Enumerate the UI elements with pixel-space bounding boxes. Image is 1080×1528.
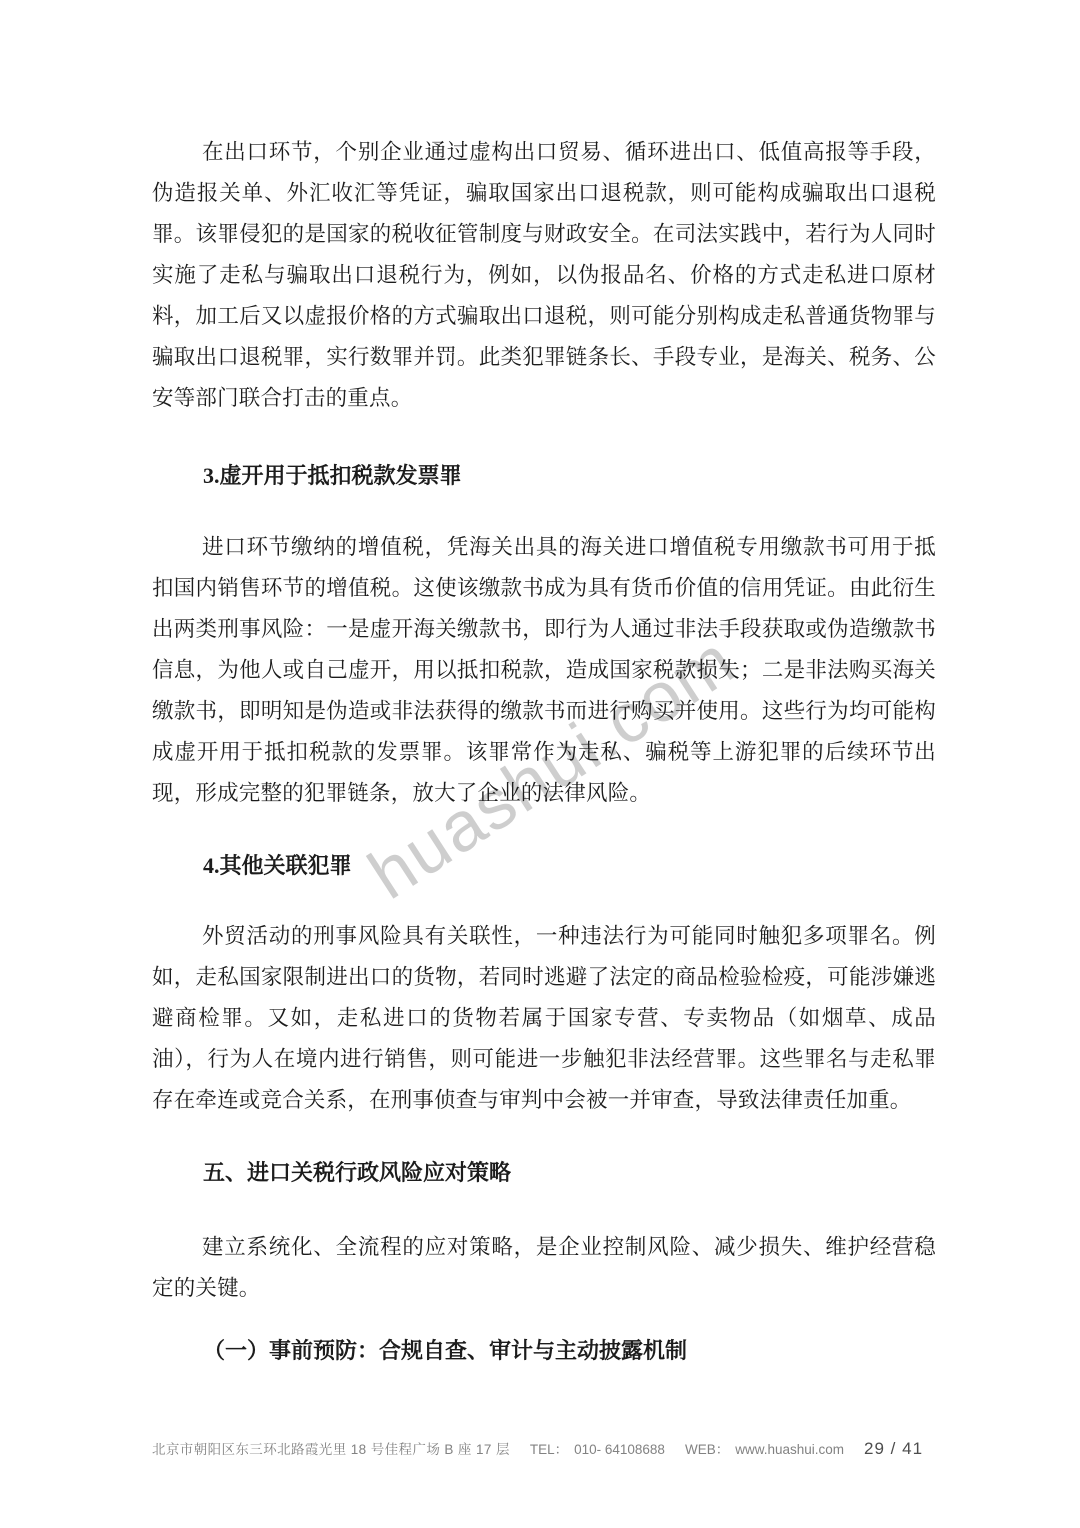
footer-tel-label: TEL： [530,1438,568,1458]
paragraph-strategy-intro: 建立系统化、全流程的应对策略，是企业控制风险、减少损失、维护经营稳定的关键。 [152,1227,936,1309]
footer-contact: 北京市朝阳区东三环北路霞光里 18 号佳程广场 B 座 17 层 TEL： 01… [152,1438,864,1458]
paragraph-related-crimes: 外贸活动的刑事风险具有关联性，一种违法行为可能同时触犯多项罪名。例如，走私国家限… [152,916,936,1121]
footer-address: 北京市朝阳区东三环北路霞光里 18 号佳程广场 B 座 17 层 [152,1438,510,1458]
paragraph-export-rebate-fraud: 在出口环节，个别企业通过虚构出口贸易、循环进出口、低值高报等手段，伪造报关单、外… [152,132,936,419]
paragraph-customs-payment-voucher: 进口环节缴纳的增值税，凭海关出具的海关进口增值税专用缴款书可用于抵扣国内销售环节… [152,527,936,814]
page-number: 29 / 41 [864,1439,923,1459]
footer-web-label: WEB： [685,1438,729,1458]
heading-5-admin-risk-strategy: 五、进口关税行政风险应对策略 [152,1152,987,1193]
page-footer: 北京市朝阳区东三环北路霞光里 18 号佳程广场 B 座 17 层 TEL： 01… [152,1438,912,1459]
footer-tel-value: 010- 64108688 [574,1442,665,1457]
heading-3-false-invoicing-crime: 3.虚开用于抵扣税款发票罪 [152,455,987,496]
heading-6-prevention-mechanism: （一）事前预防：合规自查、审计与主动披露机制 [152,1330,987,1371]
footer-web-value: www.huashui.com [735,1442,844,1457]
document-page: huashui.com 在出口环节，个别企业通过虚构出口贸易、循环进出口、低值高… [0,0,1080,1528]
heading-4-other-related-crimes: 4.其他关联犯罪 [152,845,987,886]
